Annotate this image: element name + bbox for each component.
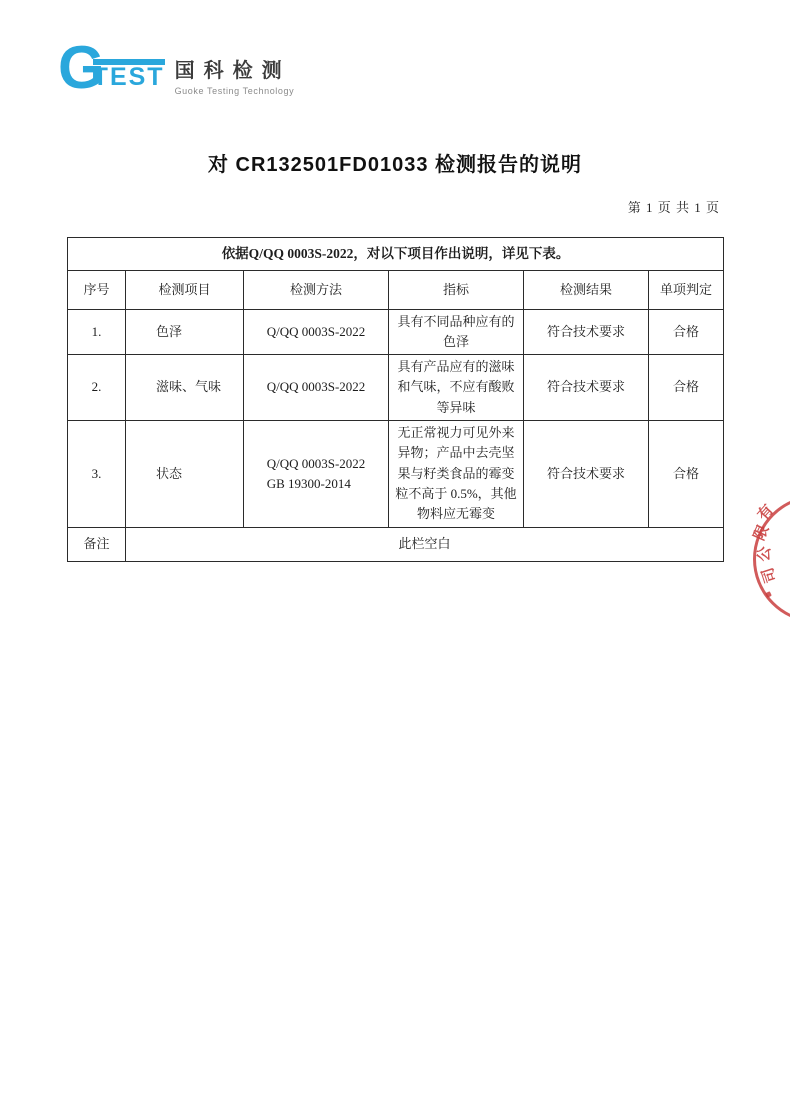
- method-lines: Q/QQ 0003S-2022: [267, 377, 366, 397]
- remark-row: 备注 此栏空白: [68, 527, 724, 561]
- cell-result: 符合技术要求: [524, 355, 649, 420]
- table-header-row: 序号 检测项目 检测方法 指标 检测结果 单项判定: [68, 271, 724, 310]
- page-title: 对 CR132501FD01033 检测报告的说明: [0, 148, 790, 177]
- remark-label: 备注: [68, 527, 126, 561]
- cell-indicator: 无正常视力可见外来异物；产品中去壳坚果与籽类食品的霉变粒不高于 0.5%，其他物…: [389, 420, 524, 527]
- page-number: 第 1 页 共 1 页: [628, 197, 720, 216]
- cell-no: 2.: [68, 355, 126, 420]
- remark-value: 此栏空白: [126, 527, 724, 561]
- cell-item: 状态: [126, 420, 244, 527]
- seal-character: 公: [756, 545, 773, 562]
- cell-result: 符合技术要求: [524, 420, 649, 527]
- cell-result: 符合技术要求: [524, 310, 649, 355]
- column-header-item: 检测项目: [126, 271, 244, 310]
- method-line-1: Q/QQ 0003S-2022: [267, 454, 366, 474]
- report-page: { "logo": { "brand_g": "G", "brand_rest"…: [0, 0, 790, 1117]
- logo-letters-test: TEST: [93, 59, 165, 88]
- cell-judge: 合格: [649, 355, 724, 420]
- column-header-judge: 单项判定: [649, 271, 724, 310]
- method-line-1: Q/QQ 0003S-2022: [267, 322, 366, 342]
- cell-judge: 合格: [649, 420, 724, 527]
- logo-text: 国科检测 Guoke Testing Technology: [175, 54, 295, 96]
- table-row: 2. 滋味、气味 Q/QQ 0003S-2022 具有产品应有的滋味和气味，不应…: [68, 355, 724, 420]
- cell-judge: 合格: [649, 310, 724, 355]
- cell-indicator: 具有产品应有的滋味和气味，不应有酸败等异味: [389, 355, 524, 420]
- method-lines: Q/QQ 0003S-2022 GB 19300-2014: [267, 454, 366, 494]
- cell-indicator: 具有不同品种应有的色泽: [389, 310, 524, 355]
- cell-item: 滋味、气味: [126, 355, 244, 420]
- cell-no: 3.: [68, 420, 126, 527]
- cell-method: Q/QQ 0003S-2022 GB 19300-2014: [244, 420, 389, 527]
- gtest-logo-mark: G TEST: [58, 42, 165, 94]
- column-header-method: 检测方法: [244, 271, 389, 310]
- cell-method: Q/QQ 0003S-2022: [244, 310, 389, 355]
- table-row: 3. 状态 Q/QQ 0003S-2022 GB 19300-2014 无正常视…: [68, 420, 724, 527]
- cell-item: 色泽: [126, 310, 244, 355]
- cell-method: Q/QQ 0003S-2022: [244, 355, 389, 420]
- table-note: 依据Q/QQ 0003S-2022，对以下项目作出说明，详见下表。: [68, 238, 724, 271]
- cell-no: 1.: [68, 310, 126, 355]
- column-header-indicator: 指标: [389, 271, 524, 310]
- column-header-result: 检测结果: [524, 271, 649, 310]
- table-note-row: 依据Q/QQ 0003S-2022，对以下项目作出说明，详见下表。: [68, 238, 724, 271]
- report-table: 依据Q/QQ 0003S-2022，对以下项目作出说明，详见下表。 序号 检测项…: [67, 237, 724, 562]
- logo-english-name: Guoke Testing Technology: [175, 86, 295, 96]
- method-lines: Q/QQ 0003S-2022: [267, 322, 366, 342]
- company-logo: G TEST 国科检测 Guoke Testing Technology: [58, 40, 294, 96]
- method-line-2: GB 19300-2014: [267, 474, 366, 494]
- table-row: 1. 色泽 Q/QQ 0003S-2022 具有不同品种应有的色泽 符合技术要求…: [68, 310, 724, 355]
- logo-chinese-name: 国科检测: [175, 54, 295, 83]
- method-line-1: Q/QQ 0003S-2022: [267, 377, 366, 397]
- column-header-no: 序号: [68, 271, 126, 310]
